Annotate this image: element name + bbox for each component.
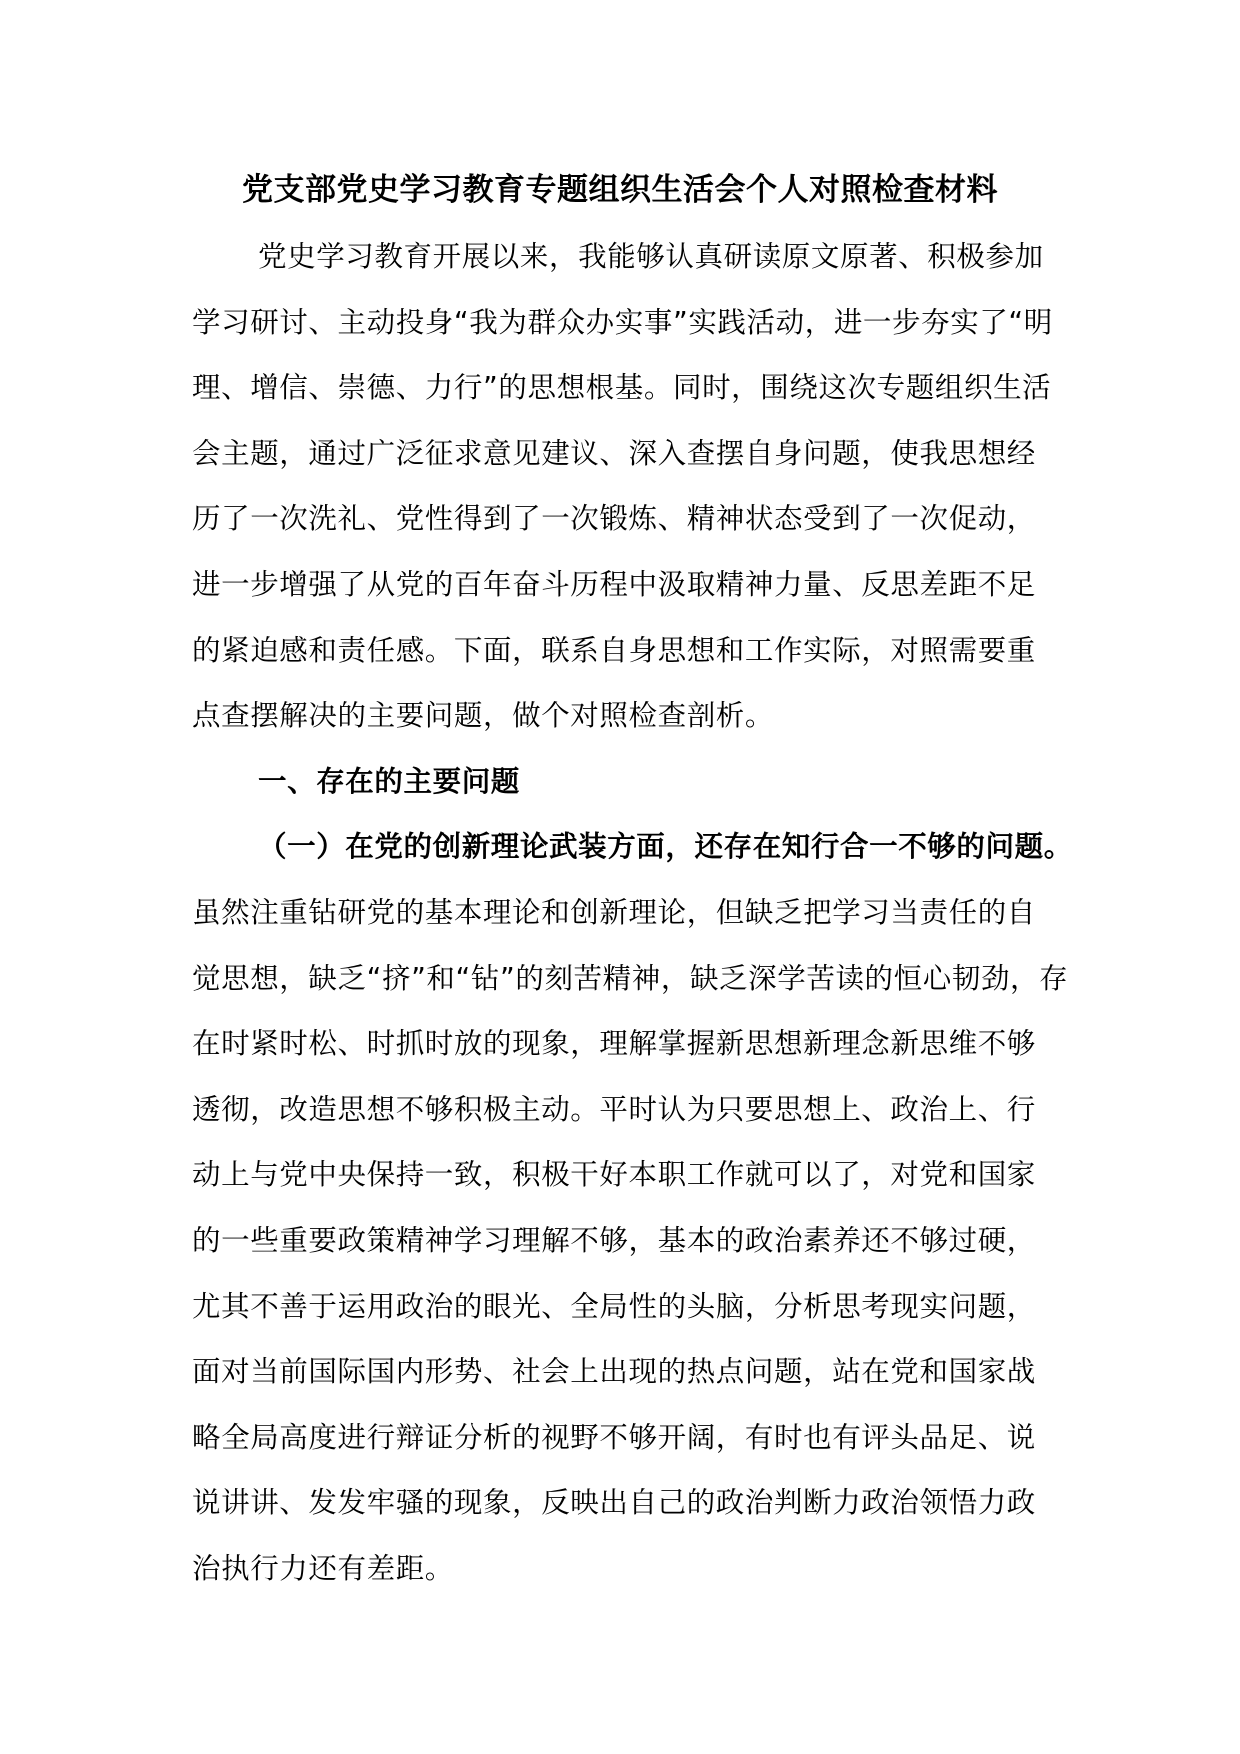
paragraph-line: 理、增信、崇德、力行”的思想根基。同时，围绕这次专题组织生活: [192, 363, 1057, 429]
paragraph-line: 动上与党中央保持一致，积极干好本职工作就可以了，对党和国家: [192, 1150, 1057, 1216]
document-page: 党支部党史学习教育专题组织生活会个人对照检查材料 党史学习教育开展以来，我能够认…: [0, 0, 1240, 1754]
paragraph-line: 点查摆解决的主要问题，做个对照检查剖析。: [192, 691, 1057, 757]
paragraph-line: 会主题，通过广泛征求意见建议、深入查摆自身问题，使我思想经: [192, 429, 1057, 495]
paragraph-line: 的紧迫感和责任感。下面，联系自身思想和工作实际，对照需要重: [192, 626, 1057, 692]
paragraph-line: 透彻，改造思想不够积极主动。平时认为只要思想上、政治上、行: [192, 1085, 1057, 1151]
paragraph-line: 觉思想，缺乏“挤”和“钻”的刻苦精神，缺乏深学苦读的恒心韧劲，存: [192, 954, 1057, 1020]
document-body: 党史学习教育开展以来，我能够认真研读原文原著、积极参加 学习研讨、主动投身“我为…: [192, 232, 1057, 1609]
paragraph-line: 略全局高度进行辩证分析的视野不够开阔，有时也有评头品足、说: [192, 1413, 1057, 1479]
paragraph-line: 进一步增强了从党的百年奋斗历程中汲取精神力量、反思差距不足: [192, 560, 1057, 626]
paragraph-line: 治执行力还有差距。: [192, 1544, 1057, 1610]
section-heading: 一、存在的主要问题: [192, 757, 1057, 823]
subsection-heading: （一）在党的创新理论武装方面，还存在知行合一不够的问题。: [192, 822, 1057, 888]
paragraph-line: 的一些重要政策精神学习理解不够，基本的政治素养还不够过硬，: [192, 1216, 1057, 1282]
paragraph-line: 在时紧时松、时抓时放的现象，理解掌握新思想新理念新思维不够: [192, 1019, 1057, 1085]
paragraph-line: 面对当前国际国内形势、社会上出现的热点问题，站在党和国家战: [192, 1347, 1057, 1413]
paragraph-line: 尤其不善于运用政治的眼光、全局性的头脑，分析思考现实问题，: [192, 1282, 1057, 1348]
paragraph-line: 说讲讲、发发牢骚的现象，反映出自己的政治判断力政治领悟力政: [192, 1478, 1057, 1544]
paragraph-line: 学习研讨、主动投身“我为群众办实事”实践活动，进一步夯实了“明: [192, 298, 1057, 364]
document-title: 党支部党史学习教育专题组织生活会个人对照检查材料: [0, 168, 1240, 212]
paragraph-line: 党史学习教育开展以来，我能够认真研读原文原著、积极参加: [192, 232, 1057, 298]
paragraph-line: 历了一次洗礼、党性得到了一次锻炼、精神状态受到了一次促动，: [192, 494, 1057, 560]
paragraph-line: 虽然注重钻研党的基本理论和创新理论，但缺乏把学习当责任的自: [192, 888, 1057, 954]
